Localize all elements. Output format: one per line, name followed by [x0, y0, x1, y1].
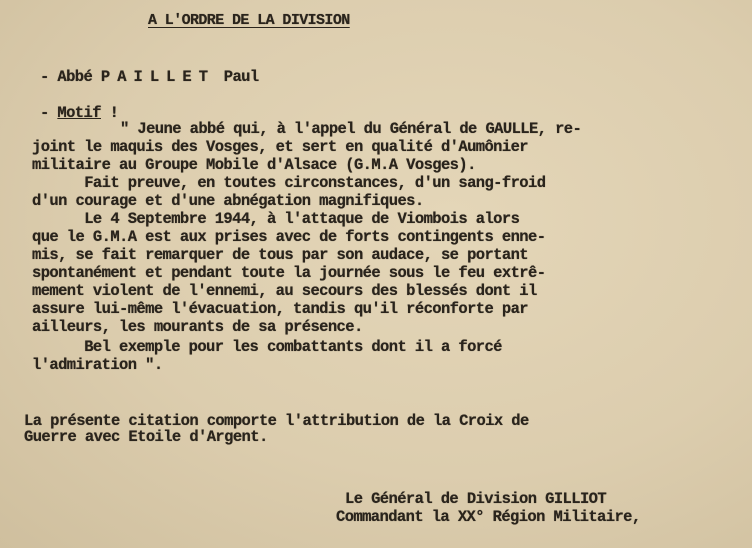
award-line: Guerre avec Etoile d'Argent. [24, 428, 268, 446]
citation-line: que le G.M.A est aux prises avec de fort… [32, 228, 545, 246]
citation-line: assure lui-même l'évacuation, tandis qu'… [32, 300, 528, 318]
citation-line: militaire au Groupe Mobile d'Alsace (G.M… [32, 156, 476, 174]
citation-line: Fait preuve, en toutes circonstances, d'… [32, 174, 545, 192]
surname: PAILLET [101, 68, 215, 86]
motif-punct: ! [101, 104, 118, 122]
motif-label: Motif [57, 104, 101, 122]
citation-line: mis, se fait remarquer de tous par son a… [32, 246, 528, 264]
citation-line: Le 4 Septembre 1944, à l'attaque de Viom… [32, 210, 519, 228]
motif-dash: - [40, 104, 57, 122]
signature-line: Le Général de Division GILLIOT [345, 490, 606, 508]
firstname: Paul [215, 68, 259, 86]
citation-line: " Jeune abbé qui, à l'appel du Général d… [120, 120, 581, 138]
citation-line: joint le maquis des Vosges, et sert en q… [32, 138, 528, 156]
citation-line: ailleurs, les mourants de sa présence. [32, 318, 363, 336]
citation-document: A L'ORDRE DE LA DIVISION - Abbé PAILLET … [0, 0, 752, 548]
citation-line: spontanément et pendant toute la journée… [32, 264, 545, 282]
signature-line: Commandant la XX° Région Militaire, [336, 508, 641, 526]
citation-line: mement violent de l'ennemi, au secours d… [32, 282, 537, 300]
document-title: A L'ORDRE DE LA DIVISION [148, 12, 350, 30]
citation-line: l'admiration ". [32, 356, 163, 374]
motif-heading: - Motif ! [40, 104, 118, 122]
citation-line: d'un courage et d'une abnégation magnifi… [32, 192, 424, 210]
recipient-name: - Abbé PAILLET Paul [40, 68, 259, 86]
name-prefix: - Abbé [40, 68, 101, 86]
citation-line: Bel exemple pour les combattants dont il… [32, 338, 502, 356]
